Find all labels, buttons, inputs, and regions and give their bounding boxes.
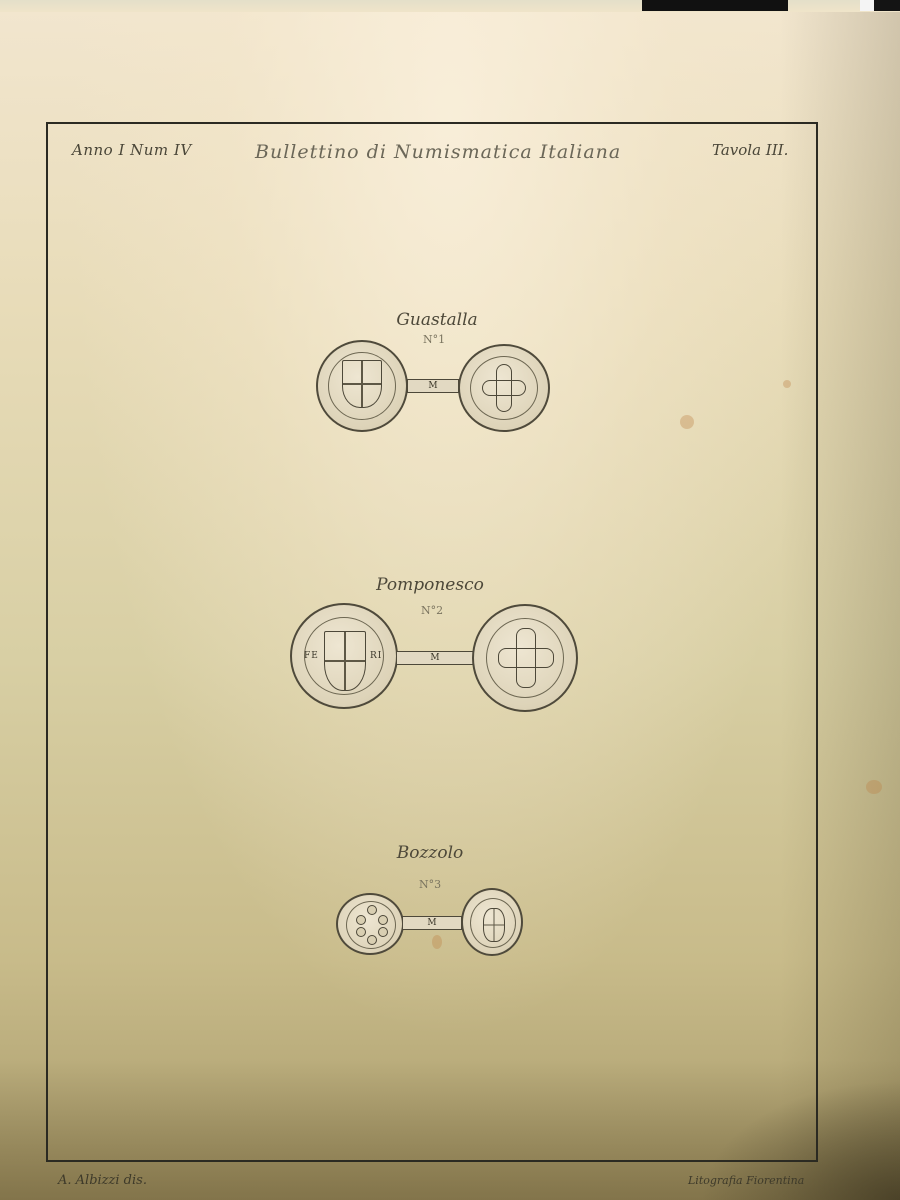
coin-number: N°1 xyxy=(423,333,445,346)
scale-label: M xyxy=(430,653,439,663)
scale-bar: M xyxy=(407,379,459,393)
printer-credit: Litografia Fiorentina xyxy=(688,1174,804,1187)
scale-bar: M xyxy=(402,916,462,930)
background-object-dark xyxy=(874,0,900,11)
journal-title: Bullettino di Numismatica Italiana xyxy=(255,141,621,163)
coin-reverse xyxy=(461,888,523,956)
field-letters-left: FE xyxy=(304,651,319,661)
plate-number: Tavola III. xyxy=(712,141,788,159)
coat-of-arms-icon xyxy=(342,360,382,408)
background-object-light xyxy=(860,0,874,11)
coin-number: N°3 xyxy=(419,878,441,891)
coin-obverse: FE RI xyxy=(290,603,398,709)
cross-fleury-icon xyxy=(498,628,554,688)
foxing-stain xyxy=(866,780,882,794)
mint-name: Guastalla xyxy=(396,310,477,330)
scale-label: M xyxy=(428,381,437,391)
coin-number: N°2 xyxy=(421,604,443,617)
plate-frame xyxy=(46,122,818,1162)
cross-fleury-icon xyxy=(482,364,526,412)
scale-bar: M xyxy=(396,651,474,665)
coin-obverse xyxy=(336,893,404,955)
mint-name: Pomponesco xyxy=(376,575,484,595)
coin-reverse xyxy=(458,344,550,432)
medici-balls-icon xyxy=(356,905,388,945)
crowned-shield-icon xyxy=(324,631,366,691)
coin-obverse xyxy=(316,340,408,432)
scale-label: M xyxy=(427,918,436,928)
background-object xyxy=(642,0,788,11)
field-letters-right: RI xyxy=(370,651,382,661)
standing-figure-icon xyxy=(483,908,505,942)
mint-name: Bozzolo xyxy=(397,843,464,863)
artist-credit: A. Albizzi dis. xyxy=(58,1173,147,1188)
issue-label: Anno I Num IV xyxy=(72,141,192,159)
coin-reverse xyxy=(472,604,578,712)
